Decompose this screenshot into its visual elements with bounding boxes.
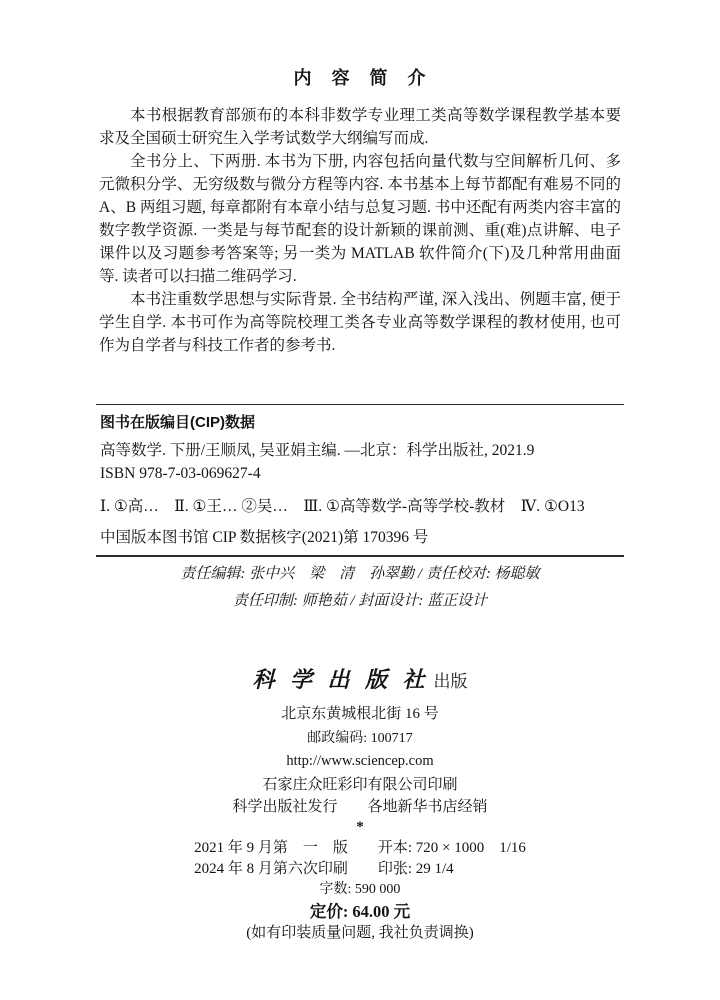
print-info: 2021 年 9 月第 一 版 开本: 720 × 1000 1/16 2024… (194, 838, 526, 880)
publisher-address: 北京东黄城根北街 16 号 (0, 704, 720, 724)
printer-name: 石家庄众旺彩印有限公司印刷 (0, 775, 720, 795)
book-copyright-page: 内 容 简 介 本书根据教育部颁布的本科非数学专业理工类高等数学课程教学基本要求… (0, 0, 720, 1000)
publisher-logo: 科 学 出 版 社 (252, 667, 429, 692)
printing-design-credits-line: 责任印制: 师艳茹 / 封面设计: 蓝正设计 (0, 588, 720, 615)
staff-credits: 责任编辑: 张中兴 梁 清 孙翠勤 / 责任校对: 杨聪敏 责任印制: 师艳茹 … (0, 561, 720, 615)
intro-paragraph-2: 全书分上、下两册. 本书为下册, 内容包括向量代数与空间解析几何、多元微积分学、… (99, 150, 621, 288)
cip-bibliographic-entry: 高等数学. 下册/王顺凤, 吴亚娟主编. —北京：科学出版社, 2021.9 (100, 440, 624, 462)
intro-paragraph-3: 本书注重数学思想与实际背景. 全书结构严谨, 深入浅出、例题丰富, 便于学生自学… (99, 288, 621, 357)
intro-paragraph-1: 本书根据教育部颁布的本科非数学专业理工类高等数学课程教学基本要求及全国硕士研究生… (99, 104, 621, 150)
editor-credits-line: 责任编辑: 张中兴 梁 清 孙翠勤 / 责任校对: 杨聪敏 (0, 561, 720, 588)
publisher-website: http://www.sciencep.com (0, 752, 720, 771)
postal-code: 邮政编码: 100717 (0, 729, 720, 748)
cip-data-block: 图书在版编目(CIP)数据 高等数学. 下册/王顺凤, 吴亚娟主编. —北京：科… (96, 404, 624, 557)
separator-asterisk: * (0, 819, 720, 836)
cip-classification: Ⅰ. ①高… Ⅱ. ①王… ②吴… Ⅲ. ①高等数学-高等学校-教材 Ⅳ. ①O… (100, 496, 624, 518)
distribution-line: 科学出版社发行 各地新华书店经销 (0, 797, 720, 817)
impression-line: 2024 年 8 月第六次印刷 印张: 29 1/4 (194, 859, 526, 880)
cip-record-number: 中国版本图书馆 CIP 数据核字(2021)第 170396 号 (100, 527, 624, 549)
colophon: 科 学 出 版 社 出版 北京东黄城根北街 16 号 邮政编码: 100717 … (0, 666, 720, 943)
cip-heading: 图书在版编目(CIP)数据 (100, 412, 624, 433)
edition-line: 2021 年 9 月第 一 版 开本: 720 × 1000 1/16 (194, 838, 526, 859)
page-title: 内 容 简 介 (99, 64, 621, 90)
word-count: 字数: 590 000 (0, 880, 720, 899)
publisher-suffix-label: 出版 (434, 672, 468, 691)
publisher-line: 科 学 出 版 社 出版 (0, 666, 720, 697)
isbn-number: ISBN 978-7-03-069627-4 (100, 463, 624, 485)
print-info-wrapper: 2021 年 9 月第 一 版 开本: 720 × 1000 1/16 2024… (0, 838, 720, 880)
price: 定价: 64.00 元 (0, 901, 720, 922)
quality-notice: (如有印装质量问题, 我社负责调换) (0, 923, 720, 943)
content-intro-section: 内 容 简 介 本书根据教育部颁布的本科非数学专业理工类高等数学课程教学基本要求… (99, 64, 621, 357)
